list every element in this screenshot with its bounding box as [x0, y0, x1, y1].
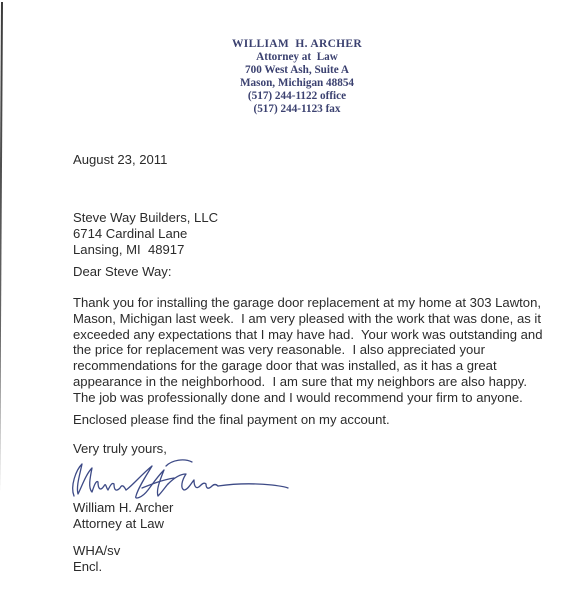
body-line: exceeded any expectations that I may hav… [73, 327, 543, 343]
reference-initials: WHA/sv [73, 543, 120, 559]
letterhead-name: WILLIAM H. ARCHER [197, 38, 397, 51]
letterhead-address-line1: 700 West Ash, Suite A [197, 64, 397, 77]
letter-date: August 23, 2011 [73, 152, 167, 168]
body-line: recommendations for the garage door that… [73, 358, 543, 374]
letterhead-phone-office: (517) 244-1122 office [197, 90, 397, 103]
letterhead-address-line2: Mason, Michigan 48854 [197, 77, 397, 90]
closing: Very truly yours, [73, 441, 167, 457]
signature-icon [62, 456, 292, 506]
letterhead: WILLIAM H. ARCHER Attorney at Law 700 We… [197, 38, 397, 116]
body-line: the price for replacement was very reaso… [73, 342, 543, 358]
recipient-address: Steve Way Builders, LLC 6714 Cardinal La… [73, 210, 218, 257]
signer-name: William H. Archer [73, 500, 173, 516]
enclosed-line: Enclosed please find the final payment o… [73, 412, 390, 428]
enclosure-notation: Encl. [73, 559, 120, 575]
body-paragraph: Thank you for installing the garage door… [73, 295, 543, 406]
recipient-street: 6714 Cardinal Lane [73, 226, 218, 242]
recipient-company: Steve Way Builders, LLC [73, 210, 218, 226]
body-line: The job was professionally done and I wo… [73, 390, 543, 406]
recipient-city-state-zip: Lansing, MI 48917 [73, 242, 218, 258]
signer-block: William H. Archer Attorney at Law [73, 500, 173, 532]
body-line: Thank you for installing the garage door… [73, 295, 543, 311]
scan-edge-shadow [0, 2, 3, 597]
letterhead-phone-fax: (517) 244-1123 fax [197, 103, 397, 116]
salutation: Dear Steve Way: [73, 264, 171, 280]
body-line: appearance in the neighborhood. I am sur… [73, 374, 543, 390]
reference-block: WHA/sv Encl. [73, 543, 120, 575]
letterhead-title: Attorney at Law [197, 51, 397, 64]
signer-title: Attorney at Law [73, 516, 173, 532]
body-line: Mason, Michigan last week. I am very ple… [73, 311, 543, 327]
